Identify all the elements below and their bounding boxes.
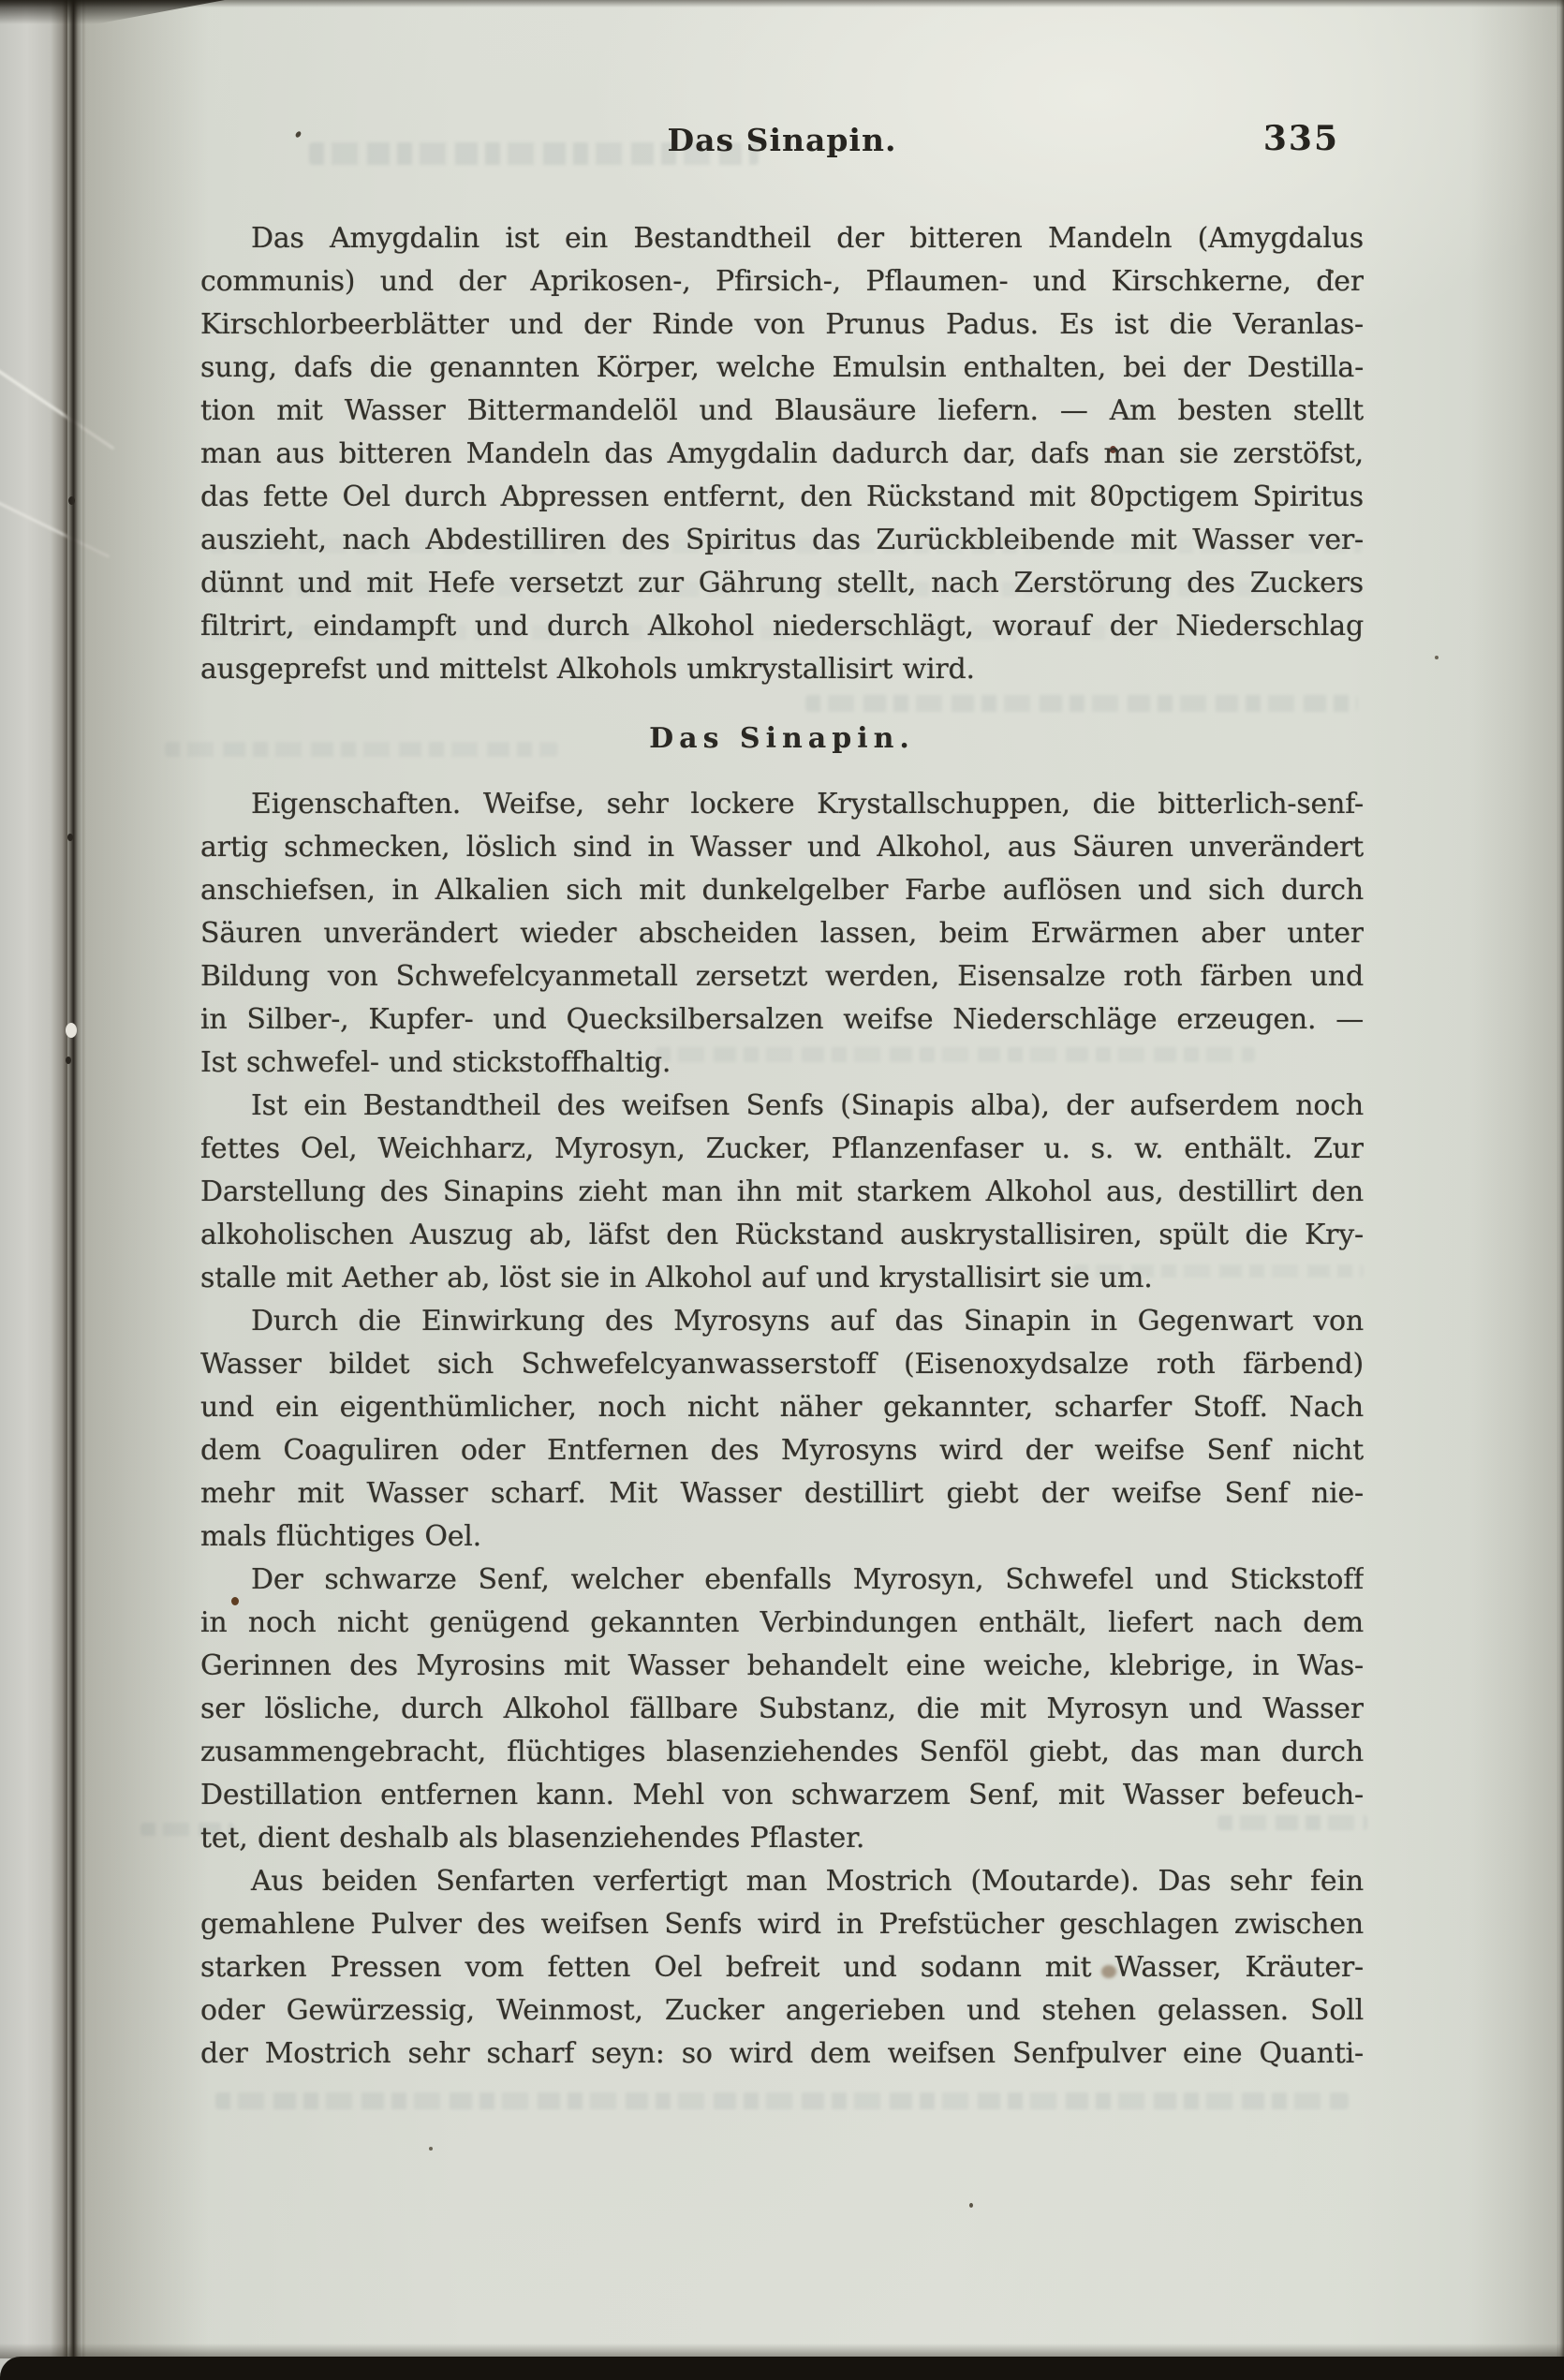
paragraph-myrosyn-einwirkung: Durch die Einwirkung des Myrosyns auf da…	[200, 1300, 1364, 1559]
text-line: ser lösliche, durch Alkohol fällbare Sub…	[200, 1688, 1364, 1731]
text-line: mehr mit Wasser scharf. Mit Wasser desti…	[200, 1472, 1364, 1515]
dust-speck	[429, 2147, 433, 2151]
text-line: tion mit Wasser Bittermandelöl und Blaus…	[200, 390, 1364, 433]
text-line: Durch die Einwirkung des Myrosyns auf da…	[200, 1300, 1364, 1343]
text-line: starken Pressen vom fetten Oel befreit u…	[200, 1946, 1364, 1989]
paragraph-mostrich: Aus beiden Senfarten verfertigt man Most…	[200, 1860, 1364, 2076]
paragraph-eigenschaften: Eigenschaften. Weifse, sehr lockere Krys…	[200, 783, 1364, 1085]
text-line: oder Gewürzessig, Weinmost, Zucker anger…	[200, 1989, 1364, 2033]
text-line: Eigenschaften. Weifse, sehr lockere Krys…	[200, 783, 1364, 826]
paragraph-bestandtheil: Ist ein Bestandtheil des weifsen Senfs (…	[200, 1085, 1364, 1300]
text-line: anschiefsen, in Alkalien sich mit dunkel…	[200, 869, 1364, 912]
text-line: Das Amygdalin ist ein Bestandtheil der b…	[200, 217, 1364, 260]
text-line: Der schwarze Senf, welcher ebenfalls Myr…	[200, 1559, 1364, 1602]
text-line: Ist ein Bestandtheil des weifsen Senfs (…	[200, 1085, 1364, 1128]
gutter-shadow	[82, 0, 209, 2380]
running-header: Das Sinapin. 335	[200, 122, 1364, 169]
text-line: man aus bitteren Mandeln das Amygdalin d…	[200, 433, 1364, 476]
text-line: und ein eigenthümlicher, noch nicht nähe…	[200, 1386, 1364, 1429]
text-line: fettes Oel, Weichharz, Myrosyn, Zucker, …	[200, 1128, 1364, 1171]
text-line: Säuren unverändert wieder abscheiden las…	[200, 912, 1364, 955]
scan-top-edge-shadow	[0, 0, 1564, 7]
text-line: zusammengebracht, flüchtiges blasenziehe…	[200, 1731, 1364, 1774]
text-line: in noch nicht genügend gekannten Verbind…	[200, 1602, 1364, 1645]
text-line: filtrirt, eindampft und durch Alkohol ni…	[200, 605, 1364, 648]
text-line: der Mostrich sehr scharf seyn: so wird d…	[200, 2033, 1364, 2076]
text-line: Ist schwefel- und stickstoffhaltig.	[200, 1042, 1364, 1085]
text-line: Wasser bildet sich Schwefelcyanwassersto…	[200, 1343, 1364, 1386]
text-line: in Silber-, Kupfer- und Quecksilbersalze…	[200, 998, 1364, 1042]
dust-speck	[1435, 656, 1439, 659]
page-number: 335	[1263, 119, 1339, 158]
text-line: auszieht, nach Abdestilliren des Spiritu…	[200, 519, 1364, 562]
text-line: ausgeprefst und mittelst Alkohols umkrys…	[200, 648, 1364, 691]
text-line: Bildung von Schwefelcyanmetall zersetzt …	[200, 955, 1364, 998]
text-line: artig schmecken, löslich sind in Wasser …	[200, 826, 1364, 869]
text-line: gemahlene Pulver des weifsen Senfs wird …	[200, 1903, 1364, 1946]
bleed-through-ghost	[215, 2092, 1349, 2109]
page-right-edge	[1557, 0, 1564, 2380]
text-line: tet, dient deshalb als blasenziehendes P…	[200, 1817, 1364, 1860]
text-line: Gerinnen des Myrosins mit Wasser behande…	[200, 1645, 1364, 1688]
text-line: communis) und der Aprikosen-, Pfirsich-,…	[200, 260, 1364, 303]
text-line: Kirschlorbeerblätter und der Rinde von P…	[200, 303, 1364, 347]
running-header-title: Das Sinapin.	[200, 122, 1364, 158]
dust-speck	[969, 2203, 973, 2208]
book-page-scan: Das Sinapin. 335 Das Amygdalin ist ein B…	[0, 0, 1564, 2380]
text-block: Das Sinapin. 335 Das Amygdalin ist ein B…	[200, 122, 1364, 2076]
paragraph-amygdalin: Das Amygdalin ist ein Bestandtheil der b…	[200, 217, 1364, 691]
binding-speck	[66, 1057, 71, 1064]
text-line: Destillation entfernen kann. Mehl von sc…	[200, 1774, 1364, 1817]
binding-highlight	[66, 1023, 77, 1038]
section-heading: Das Sinapin.	[200, 717, 1364, 761]
body-text: Das Amygdalin ist ein Bestandtheil der b…	[200, 217, 1364, 2076]
adjacent-page-edge	[0, 0, 67, 2380]
text-line: Darstellung des Sinapins zieht man ihn m…	[200, 1171, 1364, 1214]
text-line: stalle mit Aether ab, löst sie in Alkoho…	[200, 1257, 1364, 1300]
binding-speck	[68, 496, 75, 505]
text-line: alkoholischen Auszug ab, läfst den Rücks…	[200, 1214, 1364, 1257]
text-line: Aus beiden Senfarten verfertigt man Most…	[200, 1860, 1364, 1903]
paragraph-schwarzer-senf: Der schwarze Senf, welcher ebenfalls Myr…	[200, 1559, 1364, 1860]
text-line: dem Coaguliren oder Entfernen des Myrosy…	[200, 1429, 1364, 1472]
scan-bottom-edge	[0, 2357, 1564, 2380]
text-line: mals flüchtiges Oel.	[200, 1515, 1364, 1559]
text-line: das fette Oel durch Abpressen entfernt, …	[200, 476, 1364, 519]
right-page-curl-shadow	[1469, 0, 1558, 2380]
binding-speck	[67, 834, 73, 841]
text-line: sung, dafs die genannten Körper, welche …	[200, 347, 1364, 390]
text-line: dünnt und mit Hefe versetzt zur Gährung …	[200, 562, 1364, 605]
